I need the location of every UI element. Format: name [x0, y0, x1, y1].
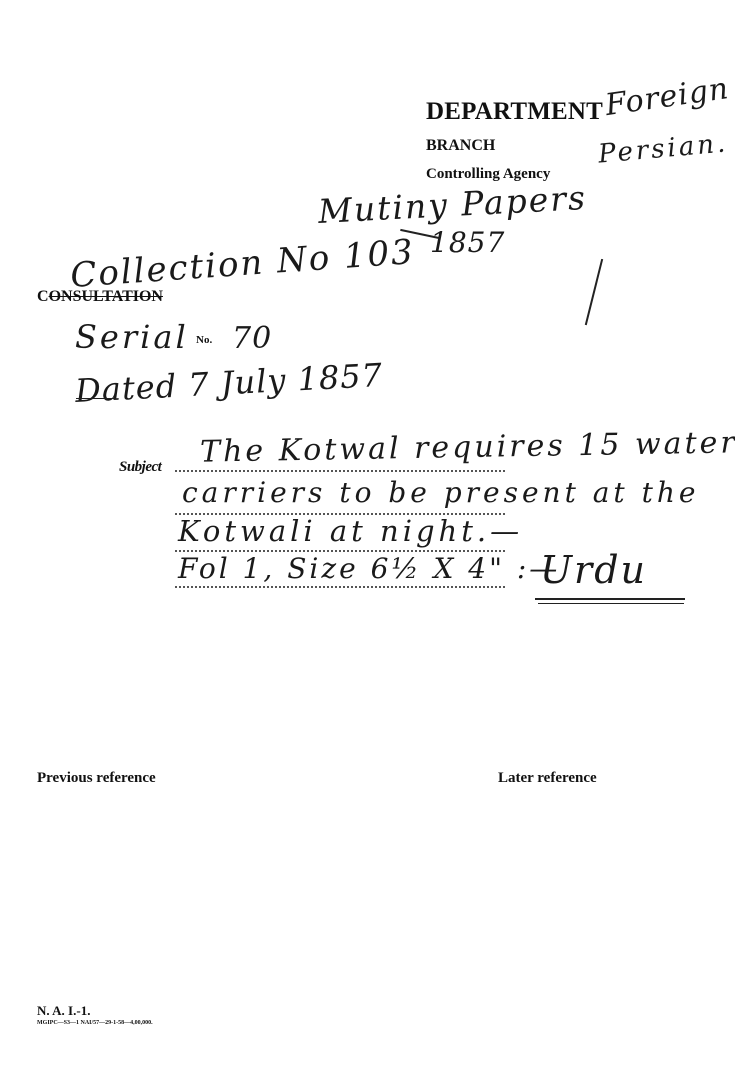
- margin-stroke: [585, 259, 603, 325]
- consultation-label: CONSULTATION: [37, 288, 163, 306]
- consultation-prefix: C: [37, 288, 49, 305]
- language-underline-1: [535, 598, 685, 600]
- branch-value: Persian.: [597, 128, 729, 169]
- consultation-struck: ONSULTATION: [49, 288, 163, 305]
- later-reference-label: Later reference: [498, 770, 597, 787]
- branch-label: BRANCH: [426, 137, 495, 155]
- language-value: Urdu: [540, 548, 647, 592]
- language-underline-2: [538, 603, 684, 604]
- subject-label: Subject: [119, 459, 161, 476]
- subject-dotted-line-1: [175, 470, 505, 472]
- department-label: DEPARTMENT: [426, 98, 603, 126]
- subject-line-3: Kotwali at night.—: [178, 514, 523, 548]
- serial-number: 70: [232, 321, 272, 356]
- date-text: Dated 7 July 1857: [74, 356, 384, 410]
- serial-prefix: Serial: [75, 318, 189, 356]
- agency-value: Mutiny Papers: [317, 178, 588, 231]
- collection-number: Collection No 103: [69, 232, 416, 296]
- department-value: Foreign: [603, 71, 731, 123]
- date-underline: [76, 398, 116, 399]
- form-id: N. A. I.-1.: [37, 1003, 90, 1019]
- print-code: MGIPC—S3—1 NAI/57—29-1-58—4,00,000.: [37, 1020, 153, 1026]
- subject-line-1: The Kotwal requires 15 water: [200, 425, 735, 469]
- subject-line-2: carriers to be present at the: [182, 476, 699, 509]
- subject-line-4: Fol 1, Size 6½ X 4" :—: [178, 552, 560, 585]
- subject-dotted-line-4: [175, 586, 505, 588]
- serial-no-label: No.: [196, 334, 212, 346]
- previous-reference-label: Previous reference: [37, 770, 156, 787]
- agency-year: 1857: [430, 226, 505, 259]
